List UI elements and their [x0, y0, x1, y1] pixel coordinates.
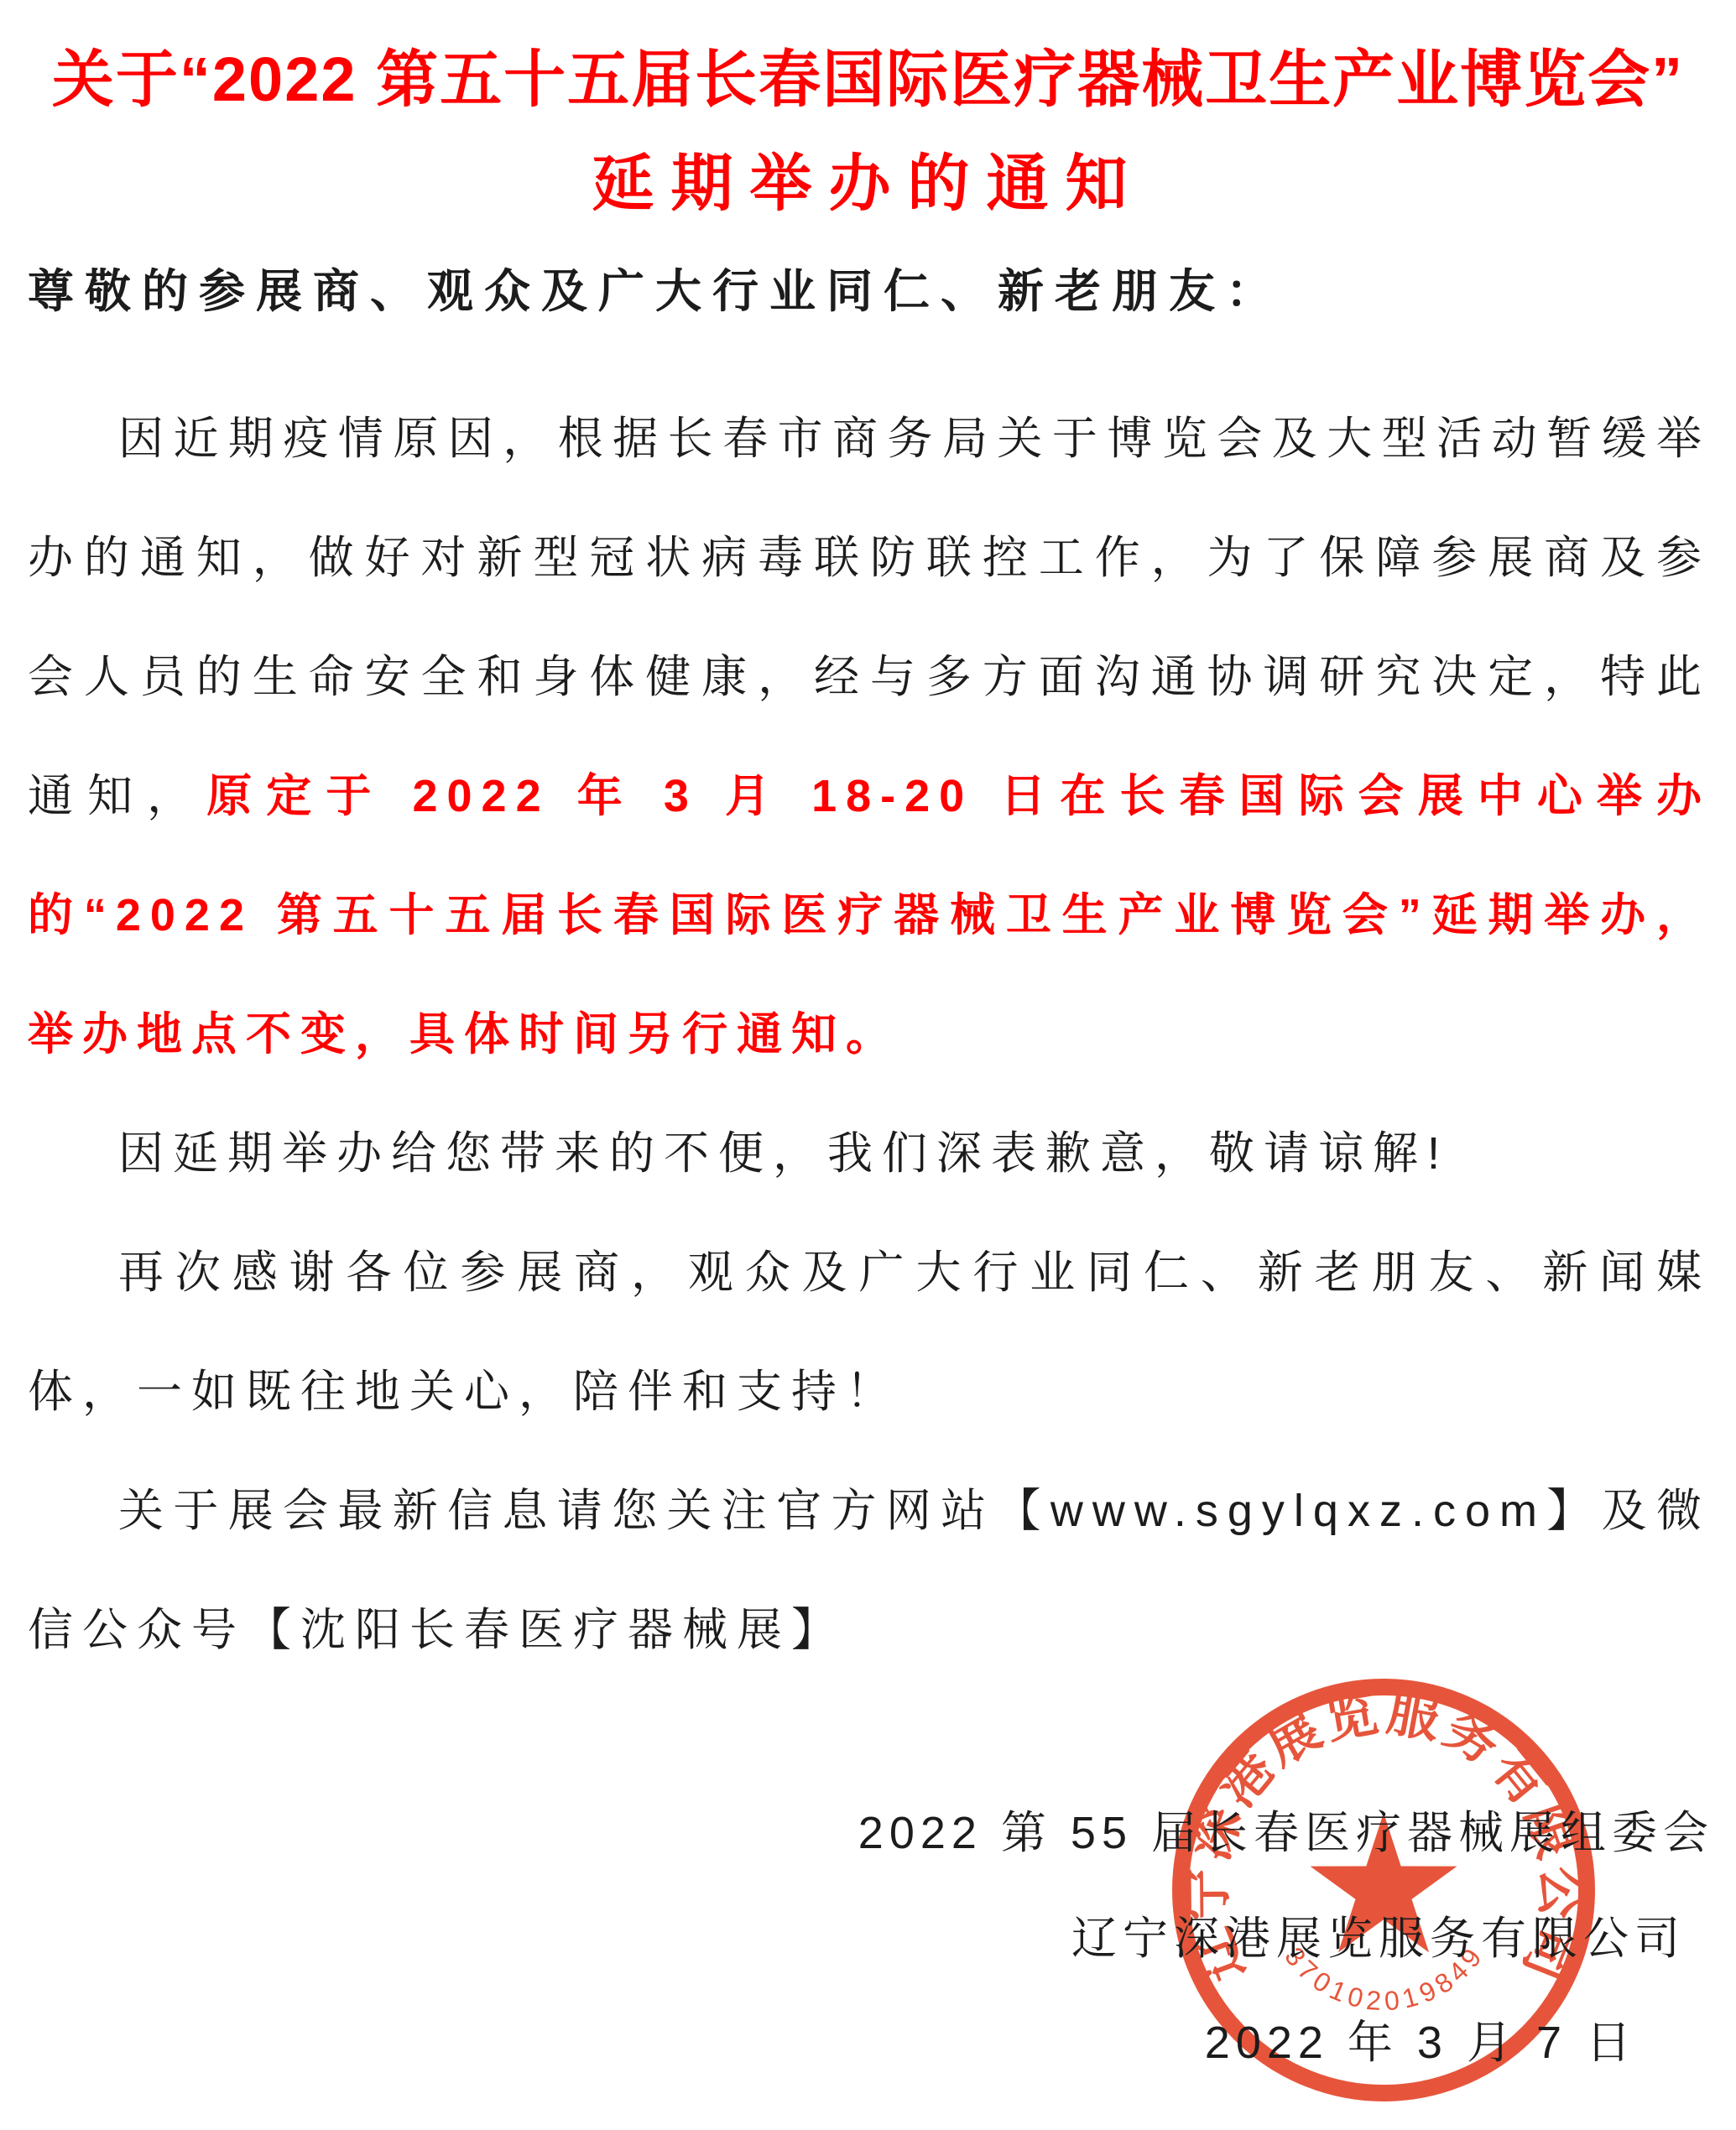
paragraph-1-normal-text: 因近期疫情原因，根据长春市商务局关于博览会及大型活动暂缓举办的通知，做好对新型冠…	[28, 414, 1711, 821]
paragraph-4: 关于展会最新信息请您关注官方网站【www.sgylqxz.com】及微信公众号【…	[28, 1451, 1711, 1690]
signature-company: 辽宁深港展览服务有限公司	[1071, 1903, 1686, 1967]
paragraph-1: 因近期疫情原因，根据长春市商务局关于博览会及大型活动暂缓举办的通知，做好对新型冠…	[28, 379, 1711, 1094]
notice-document: { "title": { "line1": "关于“2022 第五十五届长春国际…	[0, 0, 1736, 2130]
notice-title-line1: 关于“2022 第五十五届长春国际医疗器械卫生产业博览会”	[0, 30, 1736, 119]
signature-committee: 2022 第 55 届长春医疗器械展组委会	[858, 1797, 1714, 1862]
paragraph-3: 再次感谢各位参展商，观众及广大行业同仁、新老朋友、新闻媒体，一如既往地关心，陪伴…	[28, 1213, 1711, 1451]
notice-title-line2: 延期举办的通知	[0, 134, 1736, 223]
signature-date: 2022 年 3 月 7 日	[1205, 2007, 1637, 2071]
paragraph-2: 因延期举办给您带来的不便，我们深表歉意，敬请谅解!	[28, 1094, 1711, 1213]
salutation: 尊敬的参展商、观众及广大行业同仁、新老朋友：	[28, 254, 1283, 320]
notice-body: 因近期疫情原因，根据长春市商务局关于博览会及大型活动暂缓举办的通知，做好对新型冠…	[28, 379, 1711, 1690]
paragraph-1-highlight-text: 原定于 2022 年 3 月 18-20 日在长春国际会展中心举办的“2022 …	[28, 771, 1711, 1060]
